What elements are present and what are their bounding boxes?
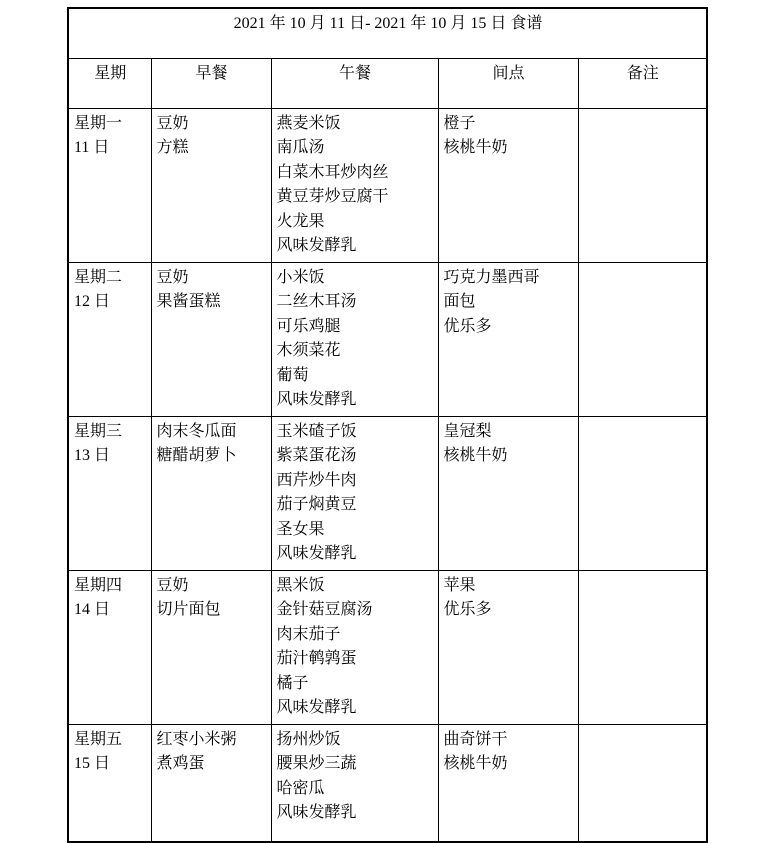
snack-cell: 巧克力墨西哥 面包 优乐多 — [438, 262, 578, 416]
note-cell — [578, 416, 707, 570]
note-cell — [578, 724, 707, 842]
snack-cell: 苹果 优乐多 — [438, 570, 578, 724]
table-row-tuesday: 星期二 12 日 豆奶 果酱蛋糕 小米饭 二丝木耳汤 可乐鸡腿 木须菜花 葡萄 … — [68, 262, 707, 416]
snack-cell: 曲奇饼干 核桃牛奶 — [438, 724, 578, 842]
header-note: 备注 — [578, 58, 707, 108]
lunch-cell: 小米饭 二丝木耳汤 可乐鸡腿 木须菜花 葡萄 风味发酵乳 — [271, 262, 438, 416]
menu-title: 2021 年 10 月 11 日- 2021 年 10 月 15 日 食谱 — [68, 8, 707, 58]
title-row: 2021 年 10 月 11 日- 2021 年 10 月 15 日 食谱 — [68, 8, 707, 58]
weekday-cell: 星期二 12 日 — [68, 262, 151, 416]
breakfast-cell: 红枣小米粥 煮鸡蛋 — [151, 724, 271, 842]
lunch-cell: 扬州炒饭 腰果炒三蔬 哈密瓜 风味发酵乳 — [271, 724, 438, 842]
weekday-cell: 星期三 13 日 — [68, 416, 151, 570]
weekday-cell: 星期一 11 日 — [68, 108, 151, 262]
header-weekday: 星期 — [68, 58, 151, 108]
lunch-cell: 黑米饭 金针菇豆腐汤 肉末茄子 茄汁鹌鹑蛋 橘子 风味发酵乳 — [271, 570, 438, 724]
breakfast-cell: 豆奶 果酱蛋糕 — [151, 262, 271, 416]
snack-cell: 橙子 核桃牛奶 — [438, 108, 578, 262]
menu-table: 2021 年 10 月 11 日- 2021 年 10 月 15 日 食谱 星期… — [67, 7, 708, 843]
breakfast-cell: 豆奶 方糕 — [151, 108, 271, 262]
weekday-cell: 星期五 15 日 — [68, 724, 151, 842]
snack-cell: 皇冠梨 核桃牛奶 — [438, 416, 578, 570]
table-row-wednesday: 星期三 13 日 肉末冬瓜面 糖醋胡萝卜 玉米碴子饭 紫菜蛋花汤 西芹炒牛肉 茄… — [68, 416, 707, 570]
note-cell — [578, 108, 707, 262]
note-cell — [578, 570, 707, 724]
table-row-monday: 星期一 11 日 豆奶 方糕 燕麦米饭 南瓜汤 白菜木耳炒肉丝 黄豆芽炒豆腐干 … — [68, 108, 707, 262]
header-snack: 间点 — [438, 58, 578, 108]
breakfast-cell: 肉末冬瓜面 糖醋胡萝卜 — [151, 416, 271, 570]
lunch-cell: 玉米碴子饭 紫菜蛋花汤 西芹炒牛肉 茄子焖黄豆 圣女果 风味发酵乳 — [271, 416, 438, 570]
breakfast-cell: 豆奶 切片面包 — [151, 570, 271, 724]
document-page: 2021 年 10 月 11 日- 2021 年 10 月 15 日 食谱 星期… — [0, 0, 772, 823]
table-row-thursday: 星期四 14 日 豆奶 切片面包 黑米饭 金针菇豆腐汤 肉末茄子 茄汁鹌鹑蛋 橘… — [68, 570, 707, 724]
header-lunch: 午餐 — [271, 58, 438, 108]
table-row-friday: 星期五 15 日 红枣小米粥 煮鸡蛋 扬州炒饭 腰果炒三蔬 哈密瓜 风味发酵乳 … — [68, 724, 707, 842]
header-row: 星期 早餐 午餐 间点 备注 — [68, 58, 707, 108]
weekday-cell: 星期四 14 日 — [68, 570, 151, 724]
lunch-cell: 燕麦米饭 南瓜汤 白菜木耳炒肉丝 黄豆芽炒豆腐干 火龙果 风味发酵乳 — [271, 108, 438, 262]
note-cell — [578, 262, 707, 416]
header-breakfast: 早餐 — [151, 58, 271, 108]
